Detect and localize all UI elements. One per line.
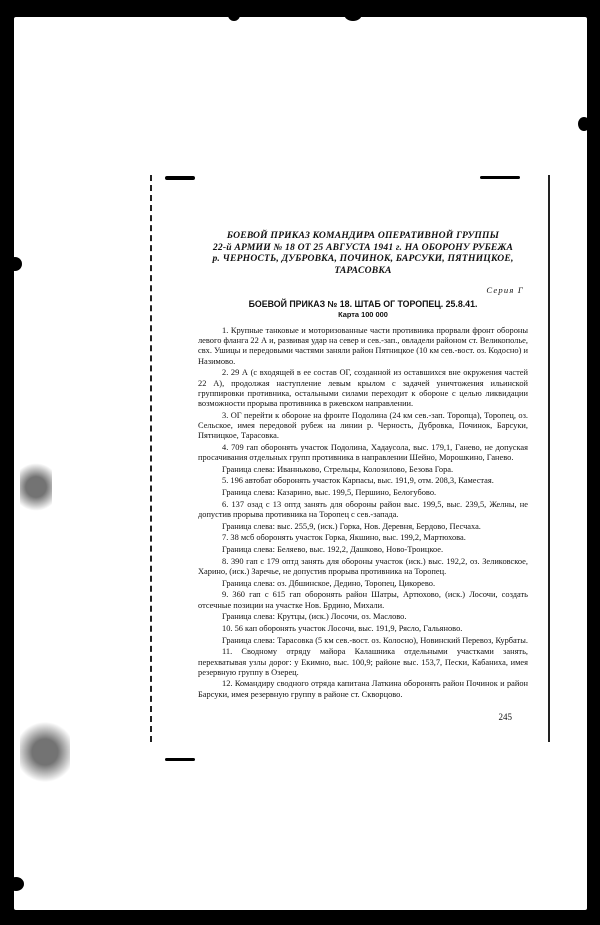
scan-notch — [8, 877, 24, 891]
scan-notch — [8, 257, 22, 271]
boundary-line: Граница слева: Крутцы, (иск.) Лосочи, оз… — [198, 612, 528, 622]
title-line: 22-й АРМИИ № 18 ОТ 25 АВГУСТА 1941 г. НА… — [192, 242, 534, 254]
scan-notch — [578, 117, 590, 131]
order-paragraph: 11. Сводному отряду майора Калашника отд… — [198, 647, 528, 678]
order-paragraph: 9. 360 гап с 615 гап оборонять район Шат… — [198, 590, 528, 610]
map-reference: Карта 100 000 — [198, 310, 528, 320]
order-paragraph: 8. 390 гап с 179 оптд занять для обороны… — [198, 557, 528, 577]
boundary-line: Граница слева: выс. 255,9, (иск.) Горка,… — [198, 522, 528, 532]
scan-speckle — [20, 457, 52, 517]
order-paragraph: 3. ОГ перейти к обороне на фронте Подоли… — [198, 411, 528, 442]
boundary-line: Граница слева: оз. Дбшинское, Дедино, То… — [198, 579, 528, 589]
boundary-line: Граница слева: Беляево, выс. 192,2, Дашк… — [198, 545, 528, 555]
title-line: р. ЧЕРНОСТЬ, ДУБРОВКА, ПОЧИНОК, БАРСУКИ,… — [192, 253, 534, 265]
order-paragraph: 7. 38 мсб оборонять участок Горка, Якшин… — [198, 533, 528, 543]
order-paragraph: 10. 56 кап оборонять участок Лосочи, выс… — [198, 624, 528, 634]
scan-notch — [228, 9, 240, 21]
order-paragraph: 1. Крупные танковые и моторизованные час… — [198, 326, 528, 367]
order-paragraph: 6. 137 озад с 13 оптд занять для обороны… — [198, 500, 528, 520]
boundary-line: Граница слева: Иванньково, Стрельцы, Кол… — [198, 465, 528, 475]
document-body: БОЕВОЙ ПРИКАЗ КОМАНДИРА ОПЕРАТИВНОЙ ГРУП… — [198, 230, 528, 722]
page-number: 245 — [198, 712, 528, 722]
order-heading: БОЕВОЙ ПРИКАЗ № 18. ШТАБ ОГ ТОРОПЕЦ. 25.… — [198, 299, 528, 309]
boundary-line: Граница слева: Казарино, выс. 199,5, Пер… — [198, 488, 528, 498]
title-line: ТАРАСОВКА — [192, 265, 534, 277]
order-paragraph: 5. 196 автобат оборонять участок Карпасы… — [198, 476, 528, 486]
frame-mark — [165, 758, 195, 761]
scan-speckle — [20, 717, 70, 787]
title-line: БОЕВОЙ ПРИКАЗ КОМАНДИРА ОПЕРАТИВНОЙ ГРУП… — [192, 230, 534, 242]
document-title: БОЕВОЙ ПРИКАЗ КОМАНДИРА ОПЕРАТИВНОЙ ГРУП… — [192, 230, 534, 276]
order-paragraph: 4. 709 гап оборонять участок Подолина, Х… — [198, 443, 528, 463]
order-paragraphs: 1. Крупные танковые и моторизованные час… — [198, 326, 528, 700]
series-label: Серия Г — [198, 285, 528, 295]
order-paragraph: 12. Командиру сводного отряда капитана Л… — [198, 679, 528, 699]
order-paragraph: Граница слева: Тарасовка (5 км сев.-вост… — [198, 636, 528, 646]
scan-notch — [344, 7, 362, 21]
order-paragraph: 2. 29 А (с входящей в ее состав ОГ, созд… — [198, 368, 528, 409]
